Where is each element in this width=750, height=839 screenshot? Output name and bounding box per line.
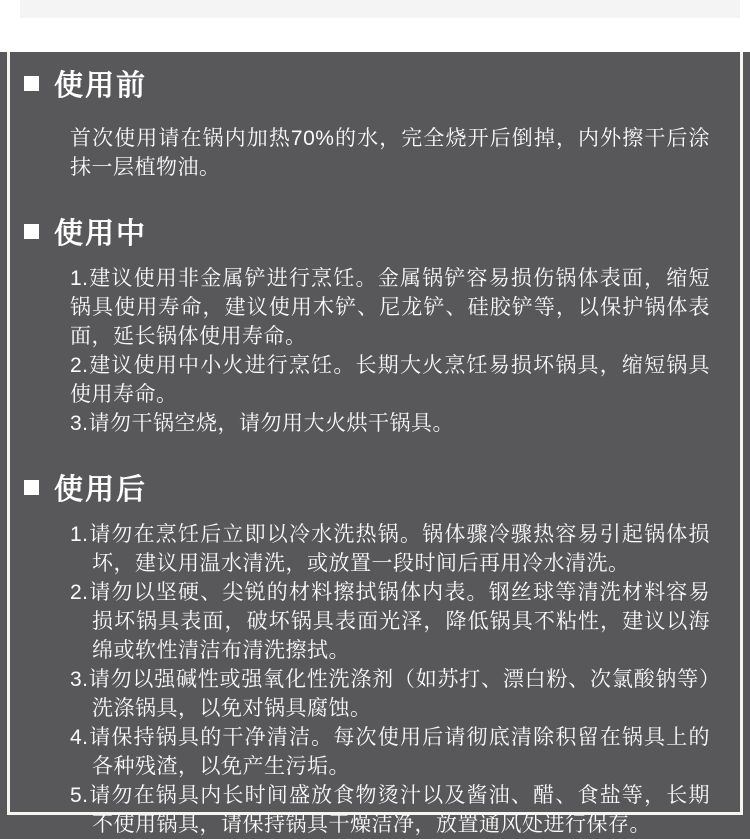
instruction-item-2: 2.建议使用中小火进行烹饪。长期大火烹饪易损坏锅具，缩短锅具使用寿命。 bbox=[70, 351, 710, 409]
section-during-use: 使用中 1.建议使用非金属铲进行烹饪。金属锅铲容易损伤锅体表面，缩短锅具使用寿命… bbox=[24, 211, 712, 438]
previous-module-edge bbox=[20, 0, 740, 18]
section-heading-text: 使用后 bbox=[54, 467, 147, 508]
section-before-use: 使用前 首次使用请在锅内加热70%的水，完全烧开后倒掉，内外擦干后涂抹一层植物油… bbox=[24, 63, 712, 182]
instruction-item-1: 1.请勿在烹饪后立即以冷水洗热锅。锅体骤冷骤热容易引起锅体损坏，建议用温水清洗，… bbox=[70, 520, 710, 578]
section-heading-text: 使用前 bbox=[54, 63, 147, 104]
section-after-use: 使用后 1.请勿在烹饪后立即以冷水洗热锅。锅体骤冷骤热容易引起锅体损坏，建议用温… bbox=[24, 467, 712, 839]
instruction-text: 首次使用请在锅内加热70%的水，完全烧开后倒掉，内外擦干后涂抹一层植物油。 bbox=[70, 124, 710, 182]
section-body: 1.建议使用非金属铲进行烹饪。金属锅铲容易损伤锅体表面，缩短锅具使用寿命，建议使… bbox=[24, 264, 712, 438]
section-heading-during-use: 使用中 bbox=[24, 211, 712, 252]
section-heading-after-use: 使用后 bbox=[24, 467, 712, 508]
square-bullet-icon bbox=[24, 480, 39, 495]
section-heading-before-use: 使用前 bbox=[24, 63, 712, 104]
panel-content: 使用前 首次使用请在锅内加热70%的水，完全烧开后倒掉，内外擦干后涂抹一层植物油… bbox=[0, 52, 750, 839]
usage-instructions-panel: 使用前 首次使用请在锅内加热70%的水，完全烧开后倒掉，内外擦干后涂抹一层植物油… bbox=[0, 52, 750, 839]
section-body: 首次使用请在锅内加热70%的水，完全烧开后倒掉，内外擦干后涂抹一层植物油。 bbox=[24, 124, 712, 182]
section-heading-text: 使用中 bbox=[54, 211, 147, 252]
section-body: 1.请勿在烹饪后立即以冷水洗热锅。锅体骤冷骤热容易引起锅体损坏，建议用温水清洗，… bbox=[24, 520, 712, 839]
square-bullet-icon bbox=[24, 76, 39, 91]
instruction-item-1: 1.建议使用非金属铲进行烹饪。金属锅铲容易损伤锅体表面，缩短锅具使用寿命，建议使… bbox=[70, 264, 710, 351]
instruction-item-4: 4.请保持锅具的干净清洁。每次使用后请彻底清除积留在锅具上的各种残渣，以免产生污… bbox=[70, 723, 710, 781]
square-bullet-icon bbox=[24, 224, 39, 239]
instruction-item-2: 2.请勿以坚硬、尖锐的材料擦拭锅体内表。钢丝球等清洗材料容易损坏锅具表面，破坏锅… bbox=[70, 578, 710, 665]
instruction-item-3: 3.请勿干锅空烧，请勿用大火烘干锅具。 bbox=[70, 409, 710, 438]
instruction-item-3: 3.请勿以强碱性或强氧化性洗涤剂（如苏打、漂白粉、次氯酸钠等）洗涤锅具，以免对锅… bbox=[70, 665, 710, 723]
instruction-item-5: 5.请勿在锅具内长时间盛放食物烫汁以及酱油、醋、食盐等，长期不使用锅具，请保持锅… bbox=[70, 781, 710, 839]
